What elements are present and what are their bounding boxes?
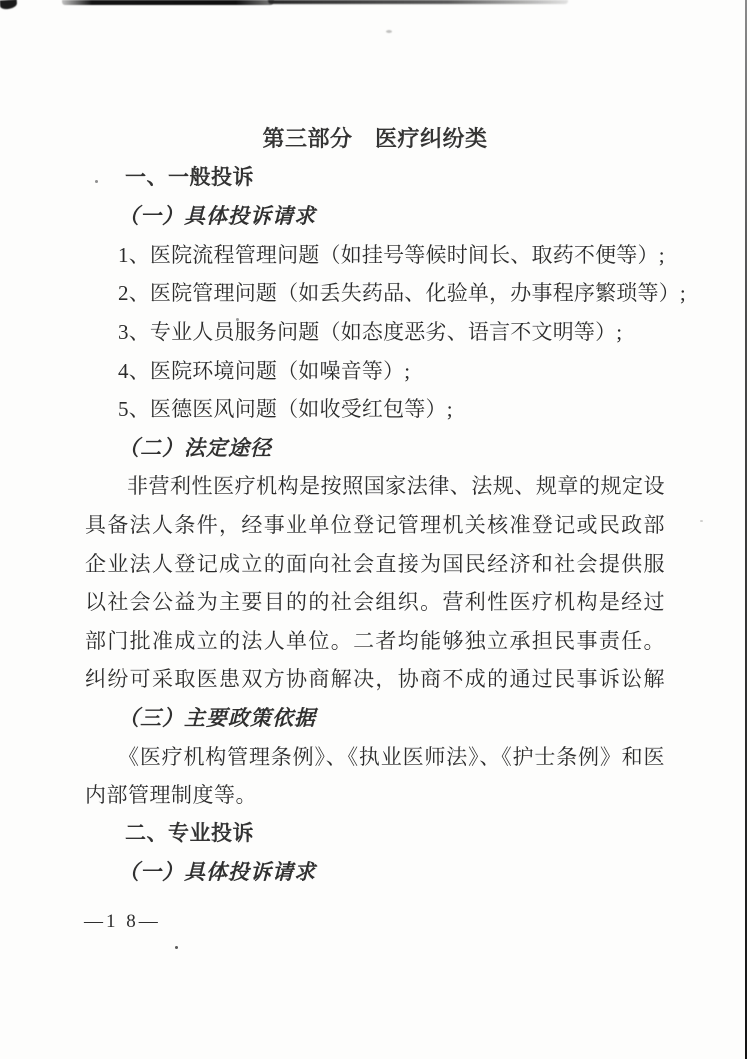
- scan-speck: [386, 30, 392, 33]
- legal-paragraph-line: 部门批准成立的法人单位。二者均能够独立承担民事责任。上述: [85, 622, 665, 661]
- scan-edge-line-right: [745, 0, 747, 1059]
- heading-specific-requests-general: （一）具体投诉请求: [118, 197, 665, 236]
- document-page: 第三部分 医疗纠纷类 一、一般投诉 （一）具体投诉请求 1、医院流程管理问题（如…: [0, 0, 750, 1059]
- legal-paragraph-line: 以社会公益为主要目的的社会组织。营利性医疗机构是经过工商: [85, 583, 665, 622]
- scan-speck: [175, 946, 178, 949]
- document-content: 第三部分 医疗纠纷类 一、一般投诉 （一）具体投诉请求 1、医院流程管理问题（如…: [85, 120, 665, 892]
- heading-professional-complaints: 二、专业投诉: [125, 815, 665, 854]
- list-item-4: 4、医院环境问题（如噪音等）;: [118, 352, 665, 391]
- heading-specific-requests-professional: （一）具体投诉请求: [118, 853, 665, 892]
- list-item-3: 3、专业人员服务问题（如态度恶劣、语言不文明等）;: [118, 313, 665, 352]
- legal-paragraph-line: 非营利性医疗机构是按照国家法律、法规、规章的规定设立，: [85, 467, 665, 506]
- scan-speck: [700, 520, 703, 522]
- scan-streak-top-fade: [268, 0, 568, 4]
- scan-streak-top-dark: [62, 0, 274, 5]
- legal-paragraph-line: 企业法人登记成立的面向社会直接为国民经济和社会提供服务，: [85, 545, 665, 584]
- list-item-5: 5、医德医风问题（如收受红包等）;: [118, 390, 665, 429]
- page-number: —1 8—: [84, 911, 161, 933]
- legal-paragraph-line: 具备法人条件，经事业单位登记管理机关核准登记或民政部门非: [85, 506, 665, 545]
- policy-paragraph-line: 《医疗机构管理条例》、《执业医师法》、《护士条例》和医院: [85, 738, 665, 777]
- part-title: 第三部分 医疗纠纷类: [85, 120, 665, 159]
- legal-paragraph-line: 纠纷可采取医患双方协商解决，协商不成的通过民事诉讼解决。: [85, 660, 665, 699]
- scan-smudge-corner: [0, 0, 17, 10]
- heading-general-complaints: 一、一般投诉: [125, 159, 665, 198]
- list-item-2: 2、医院管理问题（如丢失药品、化验单，办事程序繁琐等）;: [118, 274, 665, 313]
- policy-paragraph-line: 内部管理制度等。: [85, 776, 665, 815]
- list-item-1: 1、医院流程管理问题（如挂号等候时间长、取药不便等）;: [118, 236, 665, 275]
- heading-policy-basis: （三）主要政策依据: [118, 699, 665, 738]
- heading-legal-channels: （二）法定途径: [118, 429, 665, 468]
